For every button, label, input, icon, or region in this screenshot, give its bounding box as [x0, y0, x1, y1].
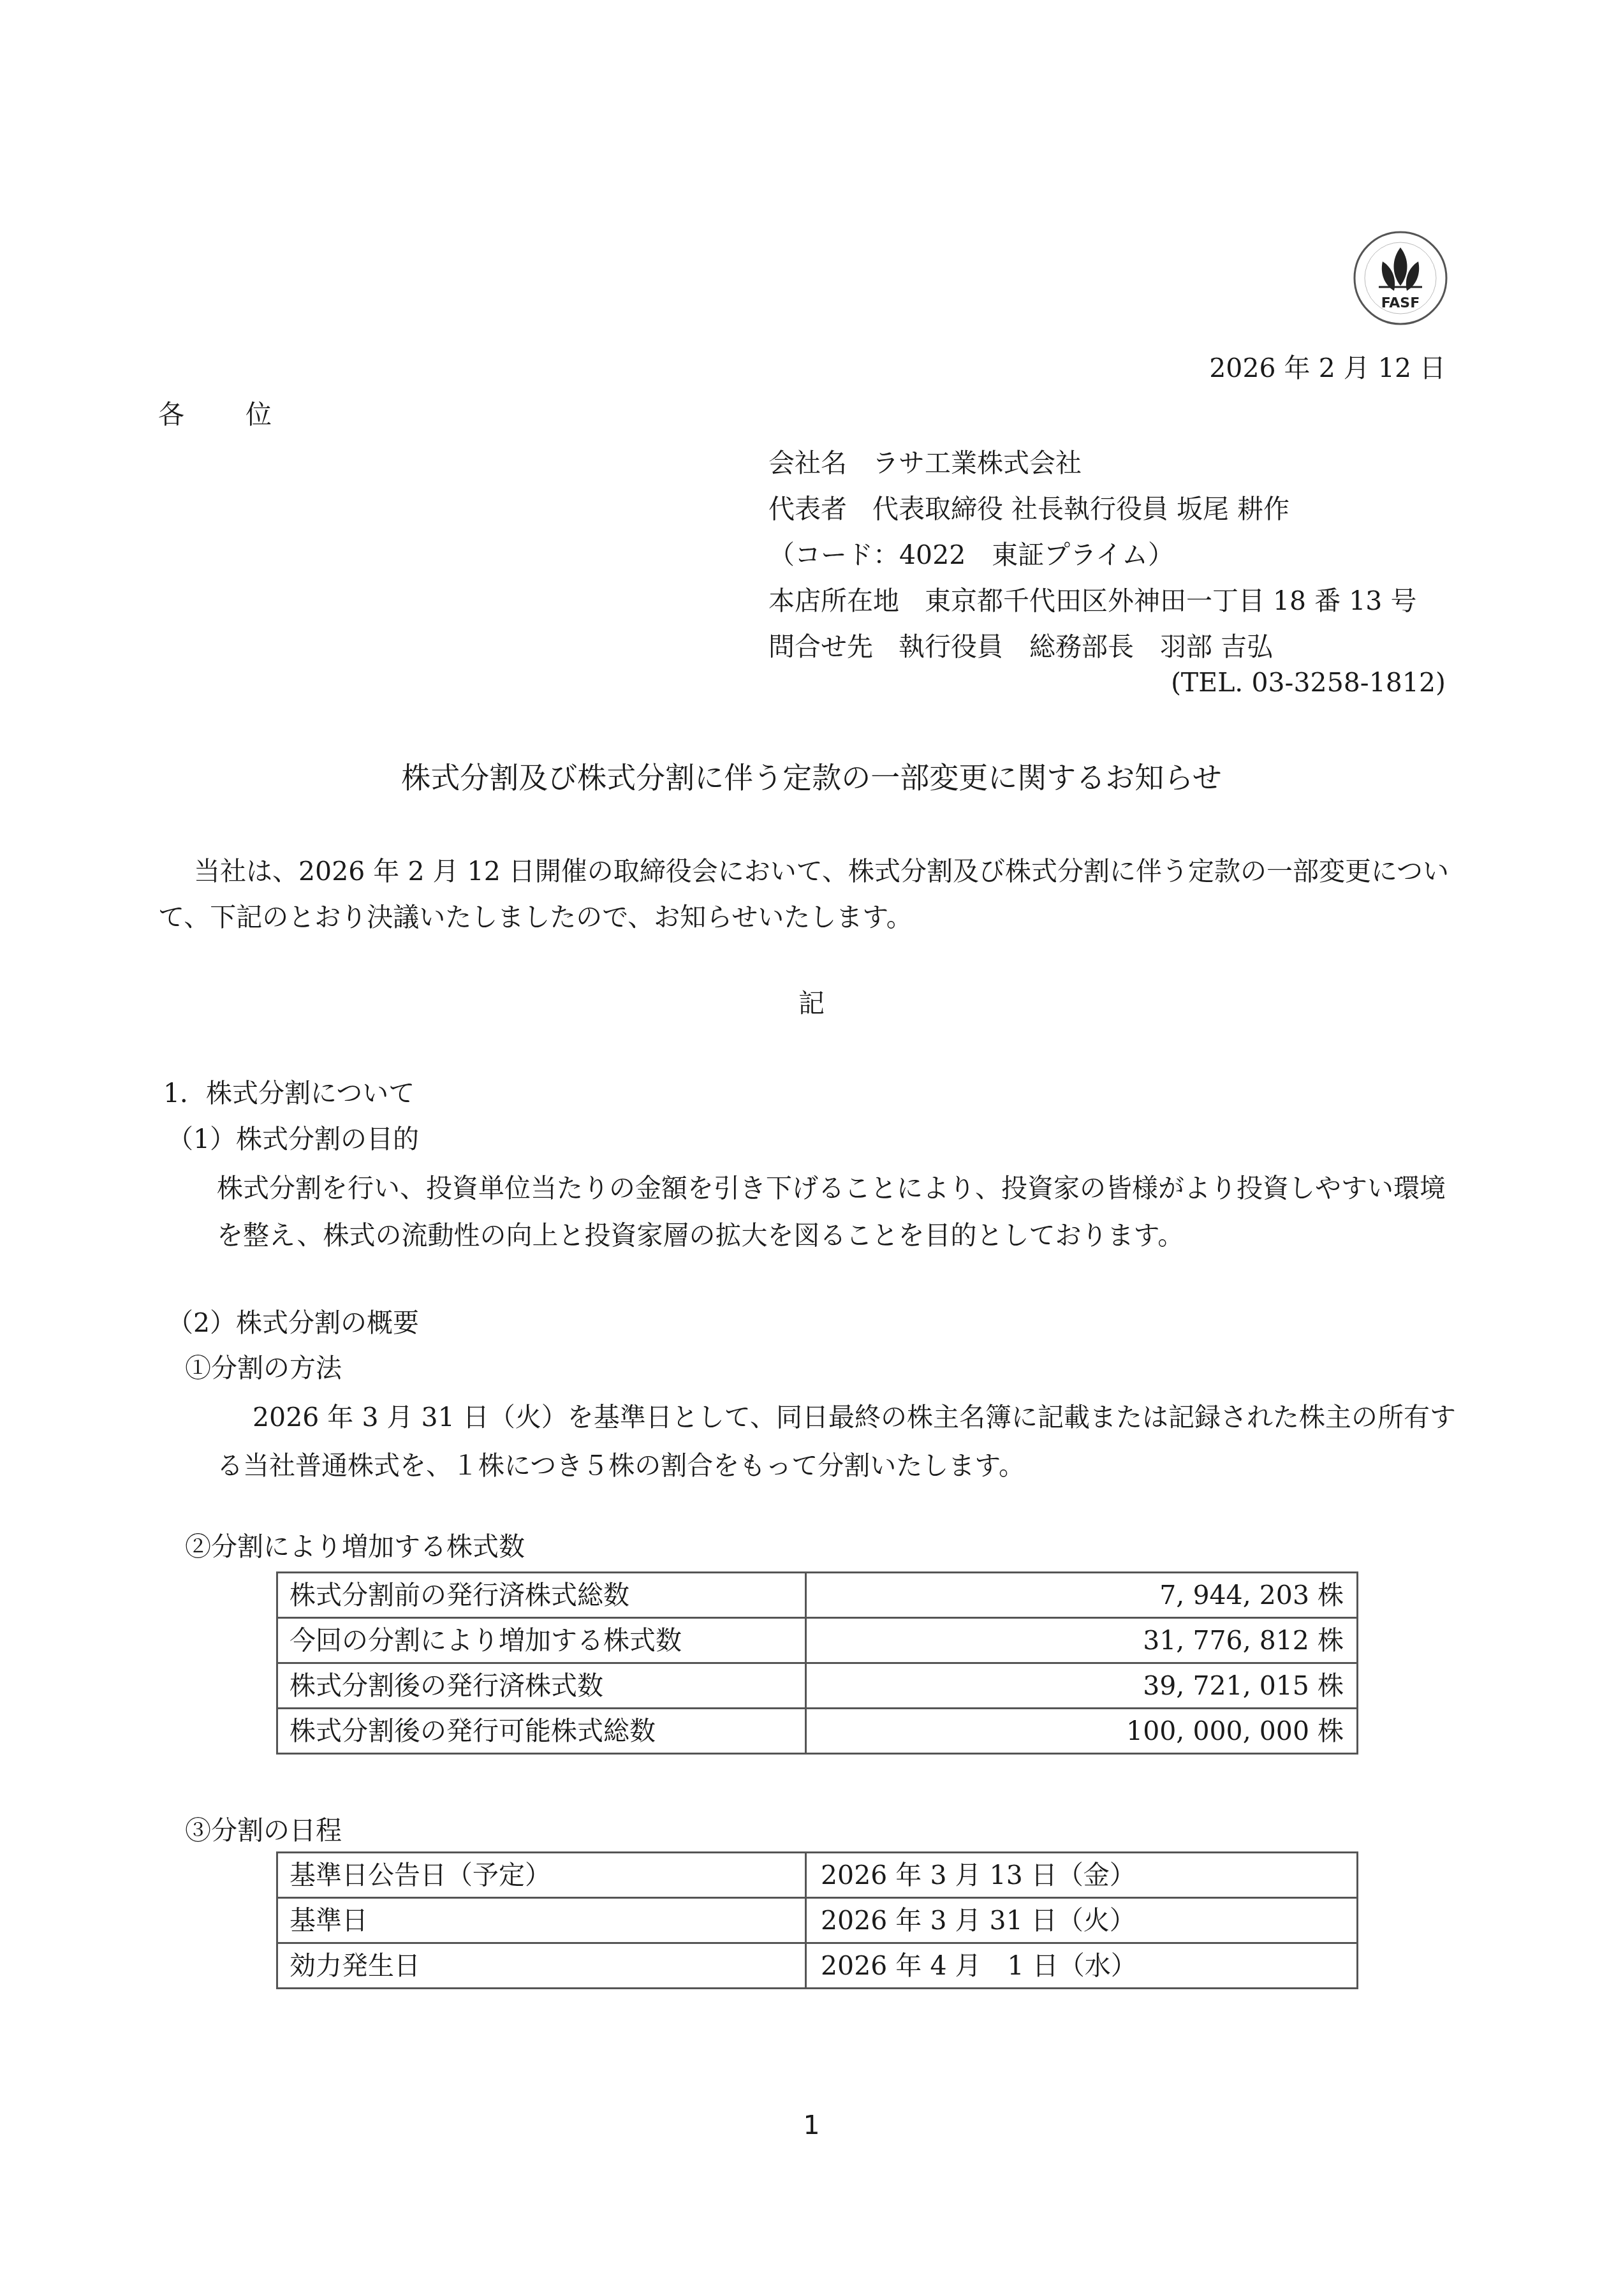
table-row: 基準日公告日（予定） 2026 年 3 月 13 日（金） [277, 1853, 1358, 1898]
company-info: 会社名 ラサ工業株式会社 代表者 代表取締役 社長執行役員 坂尾 耕作 （コード… [768, 440, 1416, 670]
document-date: 2026 年 2 月 12 日 [1209, 355, 1446, 381]
table-cell-value: 2026 年 4 月 1 日（水） [806, 1943, 1358, 1989]
table-row: 株式分割前の発行済株式総数 7, 944, 203 株 [277, 1573, 1358, 1618]
table-row: 効力発生日 2026 年 4 月 1 日（水） [277, 1943, 1358, 1989]
section-1-heading: 1．株式分割について [163, 1080, 415, 1107]
table-row: 株式分割後の発行可能株式総数 100, 000, 000 株 [277, 1709, 1358, 1754]
table-cell-label: 株式分割前の発行済株式総数 [277, 1573, 806, 1618]
stock-code-value: （コード：4022 東証プライム） [768, 542, 1174, 568]
company-name-line: 会社名 ラサ工業株式会社 [768, 440, 1416, 486]
addressee-part1: 各 [158, 399, 184, 430]
representative-line: 代表者 代表取締役 社長執行役員 坂尾 耕作 [768, 486, 1416, 532]
table-cell-value: 31, 776, 812 株 [806, 1618, 1358, 1663]
table-cell-label: 基準日公告日（予定） [277, 1853, 806, 1898]
section-1-2-heading: （2）株式分割の概要 [167, 1310, 419, 1336]
contact-value: 執行役員 総務部長 羽部 吉弘 [899, 634, 1273, 660]
fasf-seal-icon: FASF [1351, 228, 1450, 328]
table-cell-value: 2026 年 3 月 13 日（金） [806, 1853, 1358, 1898]
head-office-value: 東京都千代田区外神田一丁目 18 番 13 号 [925, 588, 1416, 614]
stock-code-line: （コード：4022 東証プライム） [768, 532, 1416, 578]
document-title: 株式分割及び株式分割に伴う定款の一部変更に関するお知らせ [0, 763, 1623, 792]
addressee: 各位 [158, 402, 272, 428]
table-cell-label: 今回の分割により増加する株式数 [277, 1618, 806, 1663]
split-method-text: 2026 年 3 月 31 日（火）を基準日として、同日最終の株主名簿に記載また… [217, 1402, 1456, 1481]
ki-heading: 記 [0, 990, 1623, 1017]
table-cell-label: 株式分割後の発行済株式数 [277, 1663, 806, 1709]
representative-label: 代表者 [768, 496, 847, 522]
contact-tel: (TEL. 03-3258-1812) [1171, 670, 1446, 696]
svg-text:FASF: FASF [1381, 295, 1420, 311]
table-cell-value: 2026 年 3 月 31 日（火） [806, 1898, 1358, 1943]
company-name-label: 会社名 [768, 450, 847, 476]
table-cell-label: 株式分割後の発行可能株式総数 [277, 1709, 806, 1754]
table-cell-value: 7, 944, 203 株 [806, 1573, 1358, 1618]
intro-paragraph: 当社は、2026 年 2 月 12 日開催の取締役会において、株式分割及び株式分… [158, 848, 1459, 940]
share-increase-heading: ②分割により増加する株式数 [185, 1534, 525, 1560]
table-row: 株式分割後の発行済株式数 39, 721, 015 株 [277, 1663, 1358, 1709]
split-schedule-table: 基準日公告日（予定） 2026 年 3 月 13 日（金） 基準日 2026 年… [276, 1851, 1358, 1989]
head-office-label: 本店所在地 [768, 588, 899, 614]
table-row: 今回の分割により増加する株式数 31, 776, 812 株 [277, 1618, 1358, 1663]
table-cell-label: 基準日 [277, 1898, 806, 1943]
table-cell-value: 100, 000, 000 株 [806, 1709, 1358, 1754]
table-row: 基準日 2026 年 3 月 31 日（火） [277, 1898, 1358, 1943]
share-increase-table: 株式分割前の発行済株式総数 7, 944, 203 株 今回の分割により増加する… [276, 1571, 1358, 1755]
table-cell-value: 39, 721, 015 株 [806, 1663, 1358, 1709]
table-cell-label: 効力発生日 [277, 1943, 806, 1989]
split-method-heading: ①分割の方法 [185, 1355, 342, 1381]
intro-text: 当社は、2026 年 2 月 12 日開催の取締役会において、株式分割及び株式分… [158, 856, 1449, 932]
section-1-1-heading: （1）株式分割の目的 [167, 1126, 419, 1152]
representative-value: 代表取締役 社長執行役員 坂尾 耕作 [872, 496, 1289, 522]
contact-label: 問合せ先 [768, 634, 873, 660]
contact-line: 問合せ先 執行役員 総務部長 羽部 吉弘 [768, 624, 1416, 670]
split-method-body: 2026 年 3 月 31 日（火）を基準日として、同日最終の株主名簿に記載また… [217, 1393, 1467, 1490]
split-schedule-heading: ③分割の日程 [185, 1818, 342, 1844]
page-number: 1 [0, 2112, 1623, 2138]
company-name-value: ラサ工業株式会社 [872, 450, 1082, 476]
section-1-1-body: 株式分割を行い、投資単位当たりの金額を引き下げることにより、投資家の皆様がより投… [217, 1165, 1467, 1259]
head-office-line: 本店所在地 東京都千代田区外神田一丁目 18 番 13 号 [768, 578, 1416, 624]
addressee-part2: 位 [246, 399, 272, 430]
